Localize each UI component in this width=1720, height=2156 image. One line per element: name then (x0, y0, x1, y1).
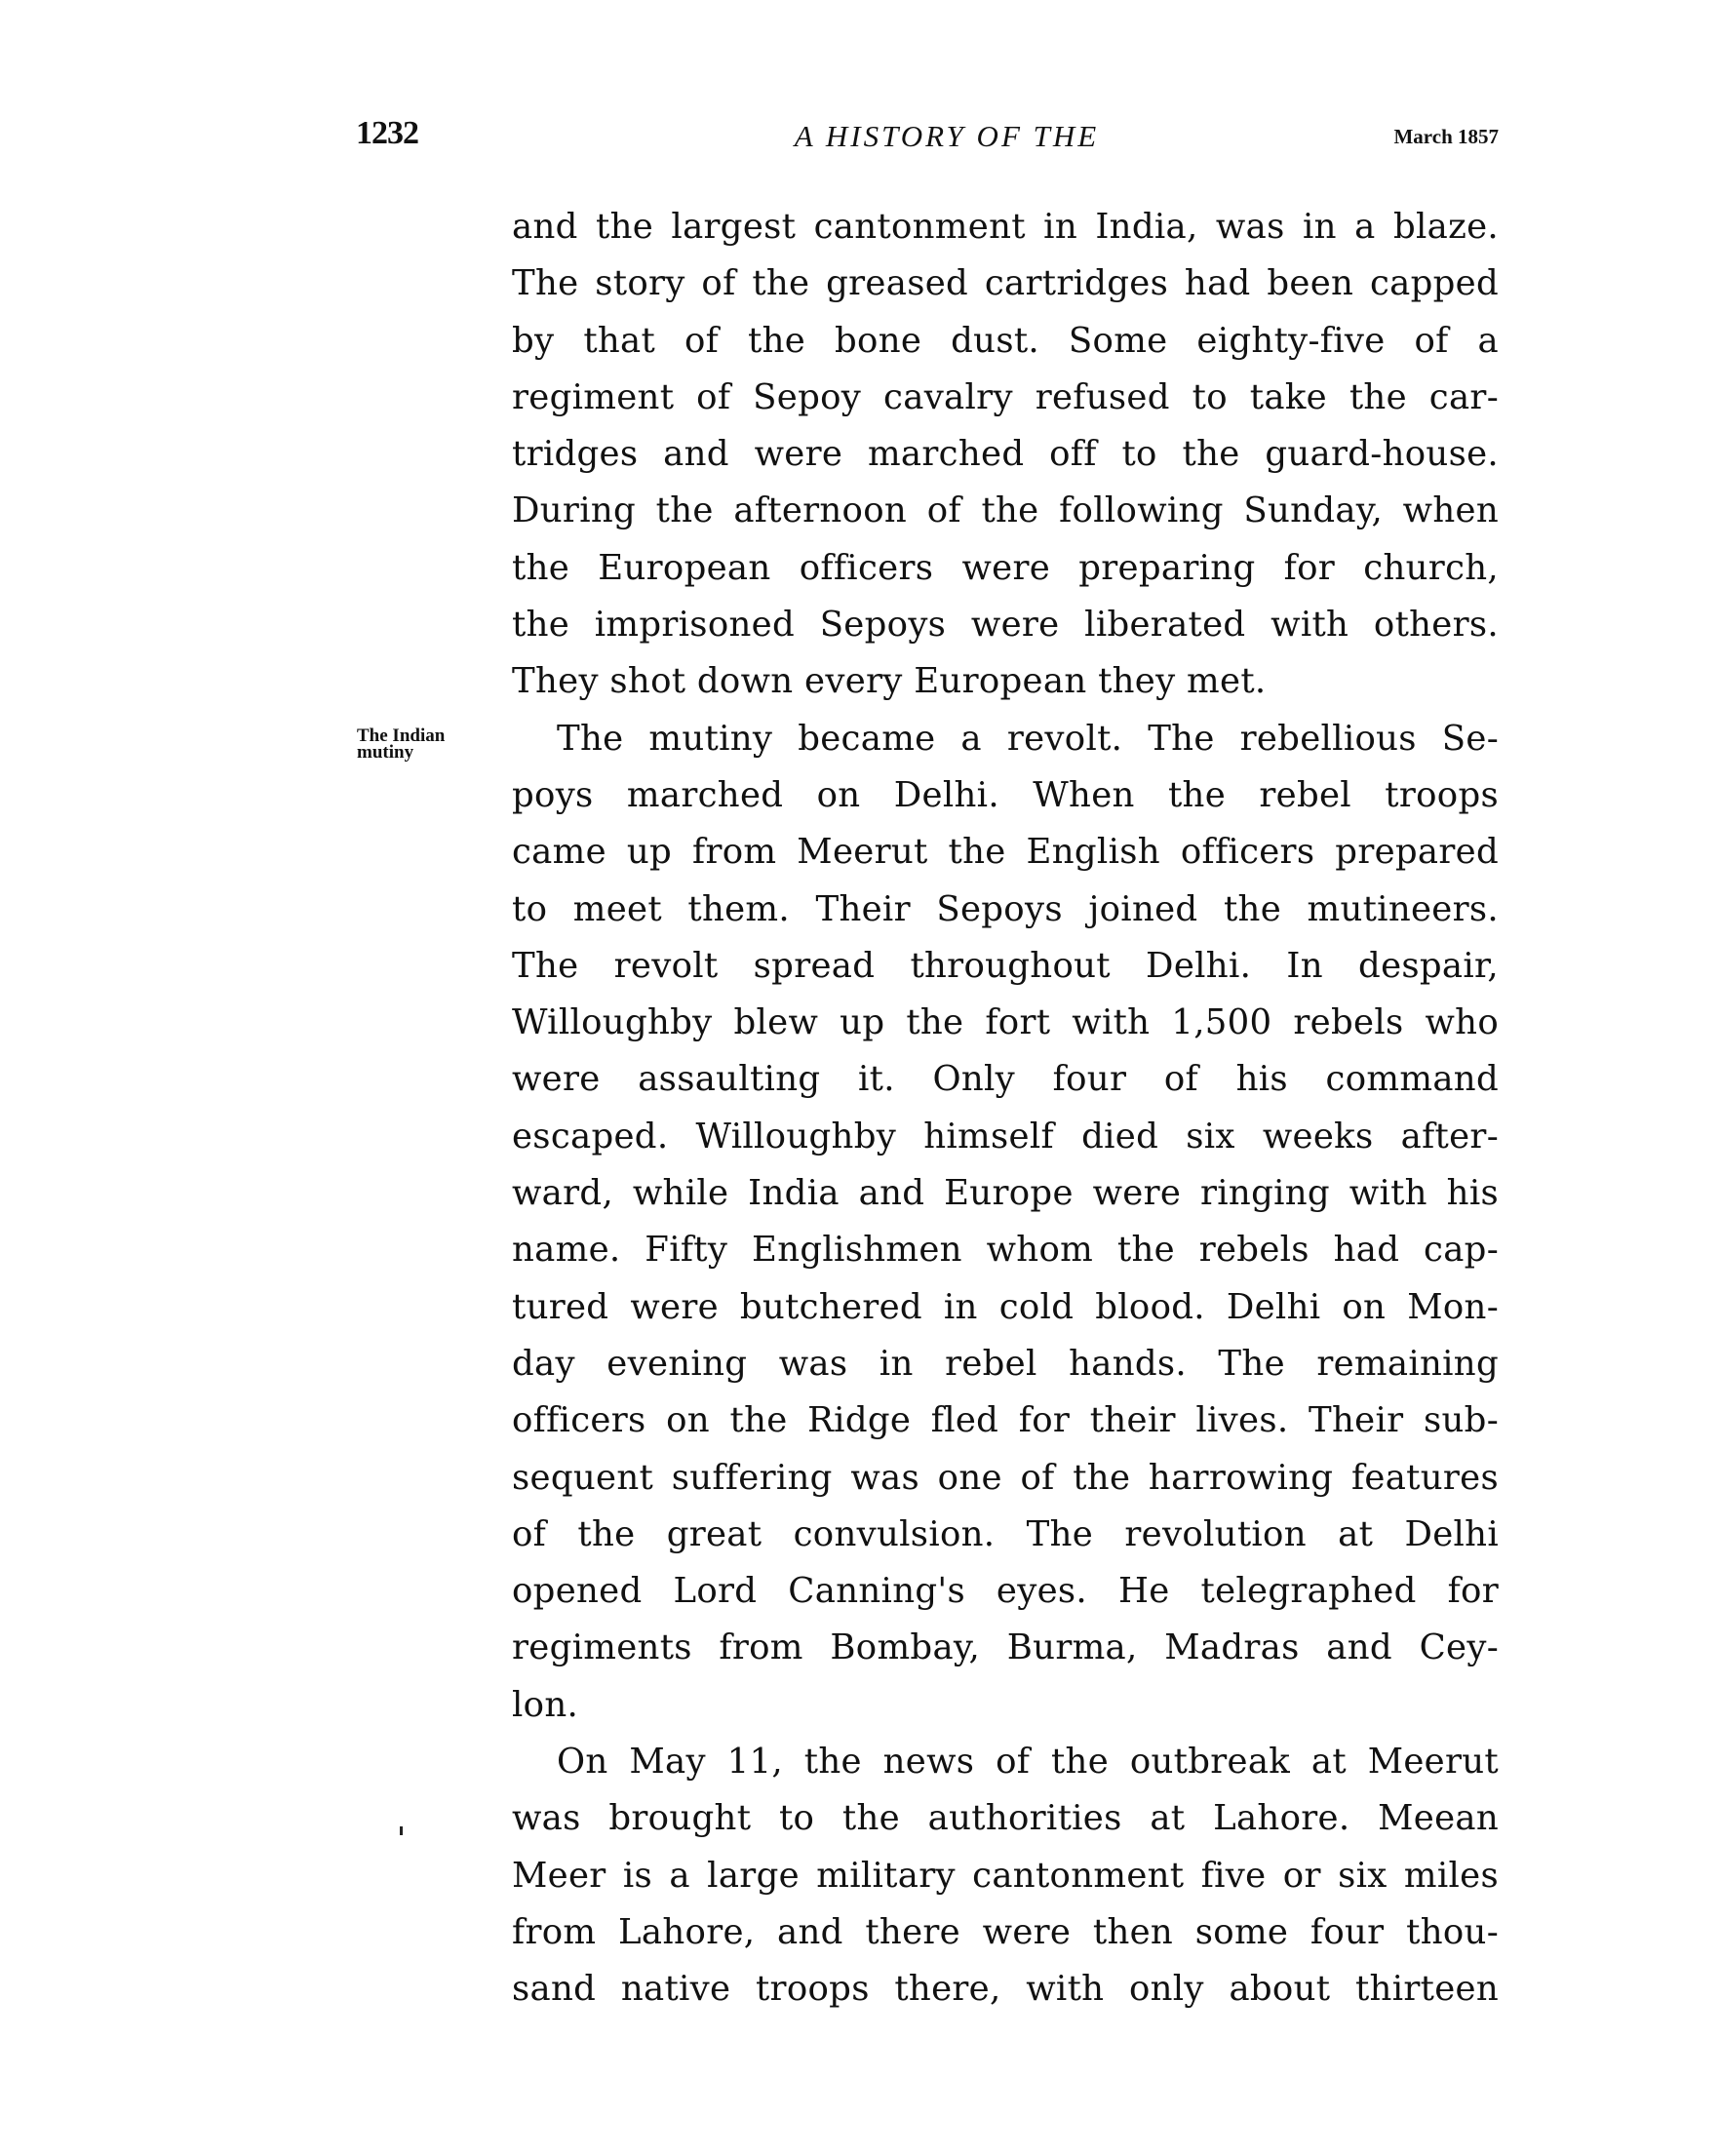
text-line: tured were butchered in cold blood. Delh… (512, 1279, 1499, 1336)
text-line: and the largest cantonment in India, was… (512, 199, 1499, 255)
text-line: to meet them. Their Sepoys joined the mu… (512, 882, 1499, 938)
text-line: by that of the bone dust. Some eighty-fi… (512, 313, 1499, 370)
text-line: came up from Meerut the English officers… (512, 824, 1499, 881)
text-line: opened Lord Canning's eyes. He telegraph… (512, 1563, 1499, 1620)
text-line: name. Fifty Englishmen whom the rebels h… (512, 1222, 1499, 1278)
text-line: During the afternoon of the following Su… (512, 483, 1499, 539)
text-line: the imprisoned Sepoys were liberated wit… (512, 597, 1499, 653)
document-page: 1232 A HISTORY OF THE March 1857 The Ind… (0, 0, 1720, 2156)
text-line: regiments from Bombay, Burma, Madras and… (512, 1620, 1499, 1676)
running-title: A HISTORY OF THE (356, 119, 1499, 154)
text-line: Meer is a large military cantonment five… (512, 1848, 1499, 1904)
text-line: The revolt spread throughout Delhi. In d… (512, 938, 1499, 995)
text-line: They shot down every European they met. (512, 653, 1499, 710)
text-line: sequent suffering was one of the harrowi… (512, 1450, 1499, 1507)
text-line: regiment of Sepoy cavalry refused to tak… (512, 370, 1499, 426)
text-line: ward, while India and Europe were ringin… (512, 1165, 1499, 1222)
text-line: Willoughby blew up the fort with 1,500 r… (512, 995, 1499, 1051)
text-line: officers on the Ridge fled for their liv… (512, 1392, 1499, 1449)
text-line: lon. (512, 1677, 1499, 1734)
margin-sidenote: The Indian mutiny (357, 727, 503, 761)
text-line: from Lahore, and there were then some fo… (512, 1904, 1499, 1961)
text-line: the European officers were preparing for… (512, 540, 1499, 597)
running-date: March 1857 (1393, 125, 1499, 149)
text-line: poys marched on Delhi. When the rebel tr… (512, 767, 1499, 824)
running-head: 1232 A HISTORY OF THE March 1857 (356, 115, 1499, 160)
text-line: was brought to the authorities at Lahore… (512, 1790, 1499, 1847)
text-line: tridges and were marched off to the guar… (512, 426, 1499, 483)
text-line: sand native troops there, with only abou… (512, 1961, 1499, 2018)
text-line: On May 11, the news of the outbreak at M… (512, 1734, 1499, 1790)
text-line: day evening was in rebel hands. The rema… (512, 1336, 1499, 1392)
sidenote-line: mutiny (357, 744, 503, 761)
text-line: The story of the greased cartridges had … (512, 255, 1499, 312)
text-line: The mutiny became a revolt. The rebellio… (512, 711, 1499, 767)
body-text: and the largest cantonment in India, was… (512, 199, 1499, 2019)
text-line: escaped. Willoughby himself died six wee… (512, 1109, 1499, 1165)
text-line: of the great convulsion. The revolution … (512, 1507, 1499, 1563)
print-speck (400, 1826, 403, 1835)
text-line: were assaulting it. Only four of his com… (512, 1051, 1499, 1108)
